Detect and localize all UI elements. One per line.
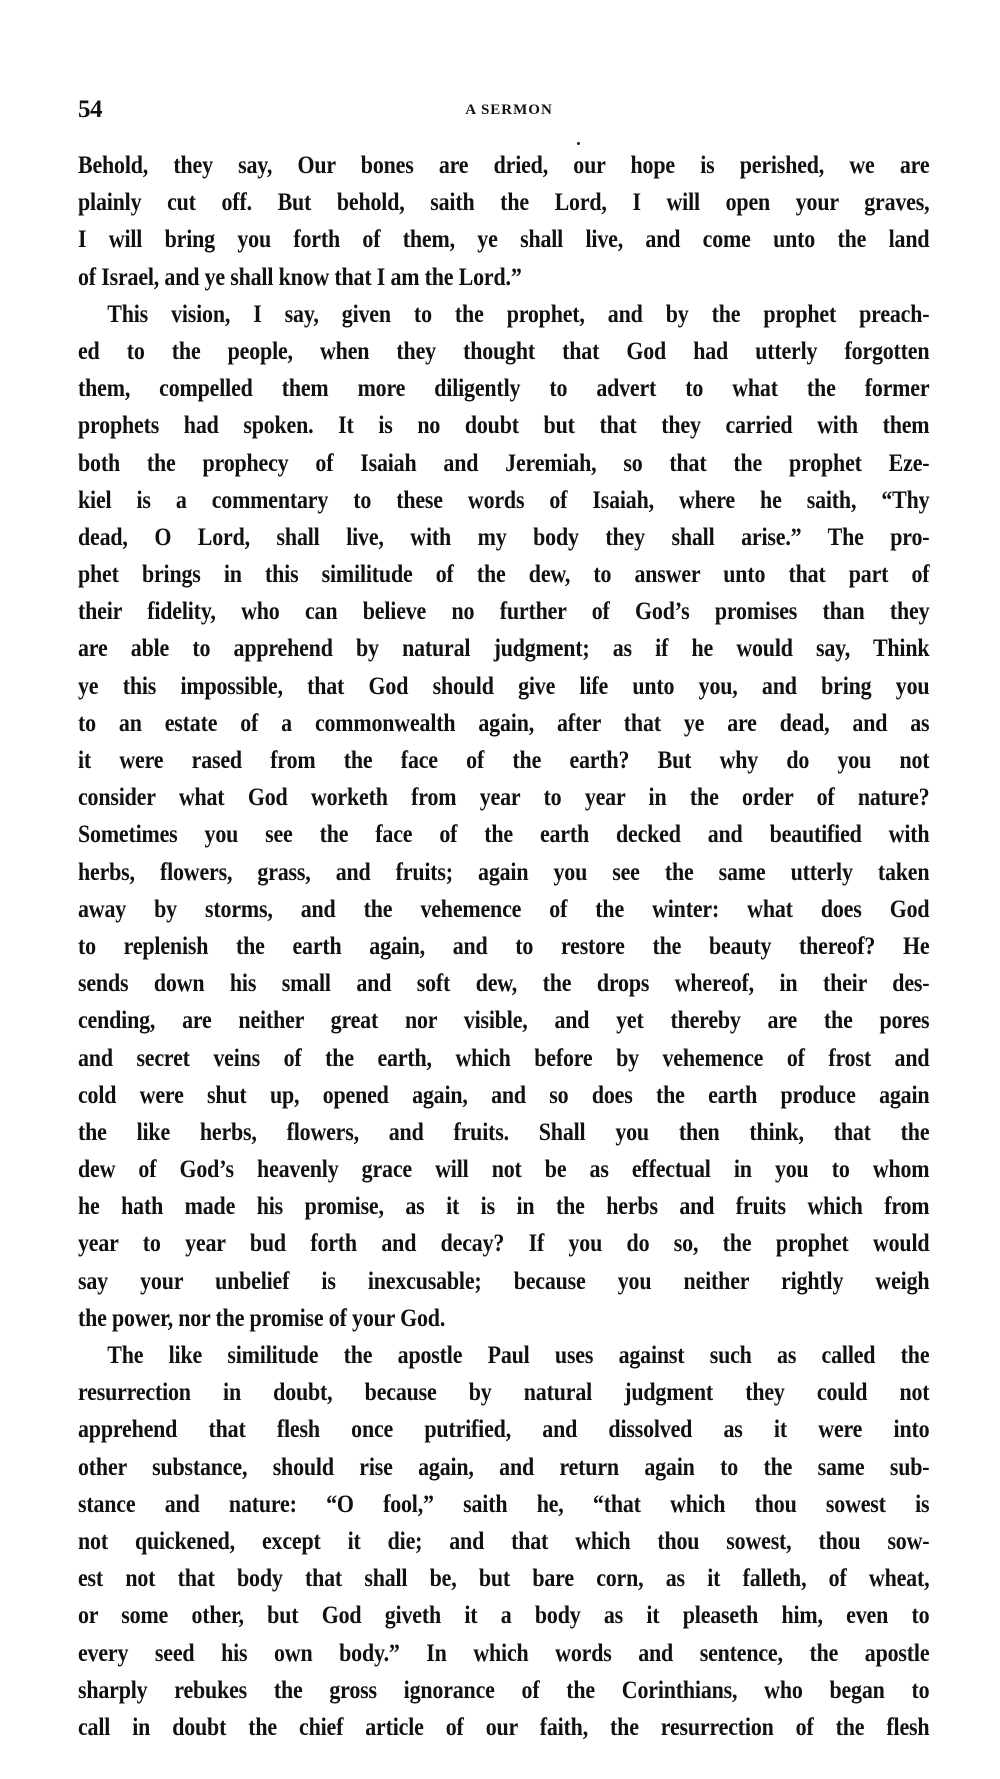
text-line: other substance, should rise again, and … xyxy=(78,1448,929,1485)
text-line: dew of God’s heavenly grace will not be … xyxy=(78,1150,929,1187)
text-line: Sometimes you see the face of the earth … xyxy=(78,815,929,852)
text-line: herbs, flowers, grass, and fruits; again… xyxy=(78,853,929,890)
text-line: sharply rebukes the gross ignorance of t… xyxy=(78,1671,929,1708)
running-title: A SERMON xyxy=(78,102,930,119)
text-line: are able to apprehend by natural judgmen… xyxy=(78,629,929,666)
text-line: ed to the people, when they thought that… xyxy=(78,332,929,369)
text-line: resurrection in doubt, because by natura… xyxy=(78,1373,929,1410)
text-line: plainly cut off. But behold, saith the L… xyxy=(78,183,929,220)
paragraph-first-line: This vision, I say, given to the prophet… xyxy=(78,295,929,332)
text-line: kiel is a commentary to these words of I… xyxy=(78,481,929,518)
text-line: est not that body that shall be, but bar… xyxy=(78,1559,929,1596)
text-line: their fidelity, who can believe no furth… xyxy=(78,592,929,629)
text-line: to replenish the earth again, and to res… xyxy=(78,927,929,964)
text-line: apprehend that flesh once putrified, and… xyxy=(78,1410,929,1447)
text-line: them, compelled them more diligently to … xyxy=(78,369,929,406)
text-line: phet brings in this similitude of the de… xyxy=(78,555,929,592)
text-line: stance and nature: “O fool,” saith he, “… xyxy=(78,1485,929,1522)
text-line: I will bring you forth of them, ye shall… xyxy=(78,220,929,257)
text-line: or some other, but God giveth it a body … xyxy=(78,1596,929,1633)
text-line: not quickened, except it die; and that w… xyxy=(78,1522,929,1559)
text-line: and secret veins of the earth, which bef… xyxy=(78,1039,929,1076)
text-line: year to year bud forth and decay? If you… xyxy=(78,1224,929,1261)
sermon-body-text: Behold, they say, Our bones are dried, o… xyxy=(78,146,930,1745)
text-line: cending, are neither great nor visible, … xyxy=(78,1001,929,1038)
running-head: 54 A SERMON xyxy=(78,96,930,126)
scan-speck xyxy=(577,142,580,145)
text-line: cold were shut up, opened again, and so … xyxy=(78,1076,929,1113)
text-line: Behold, they say, Our bones are dried, o… xyxy=(78,146,929,183)
text-line: prophets had spoken. It is no doubt but … xyxy=(78,406,929,443)
book-page: 54 A SERMON Behold, they say, Our bones … xyxy=(0,0,1000,1779)
text-line: he hath made his promise, as it is in th… xyxy=(78,1187,929,1224)
text-line: say your unbelief is inexcusable; becaus… xyxy=(78,1262,929,1299)
text-line: of Israel, and ye shall know that I am t… xyxy=(78,258,929,295)
text-line: away by storms, and the vehemence of the… xyxy=(78,890,929,927)
text-line: dead, O Lord, shall live, with my body t… xyxy=(78,518,929,555)
text-line: ye this impossible, that God should give… xyxy=(78,667,929,704)
text-line: it were rased from the face of the earth… xyxy=(78,741,929,778)
paragraph-first-line: The like similitude the apostle Paul use… xyxy=(78,1336,929,1373)
text-line: both the prophecy of Isaiah and Jeremiah… xyxy=(78,444,929,481)
text-line: call in doubt the chief article of our f… xyxy=(78,1708,929,1745)
text-line: consider what God worketh from year to y… xyxy=(78,778,929,815)
text-line: to an estate of a commonwealth again, af… xyxy=(78,704,929,741)
text-line: the power, nor the promise of your God. xyxy=(78,1299,929,1336)
text-line: the like herbs, flowers, and fruits. Sha… xyxy=(78,1113,929,1150)
text-line: sends down his small and soft dew, the d… xyxy=(78,964,929,1001)
text-line: every seed his own body.” In which words… xyxy=(78,1634,929,1671)
